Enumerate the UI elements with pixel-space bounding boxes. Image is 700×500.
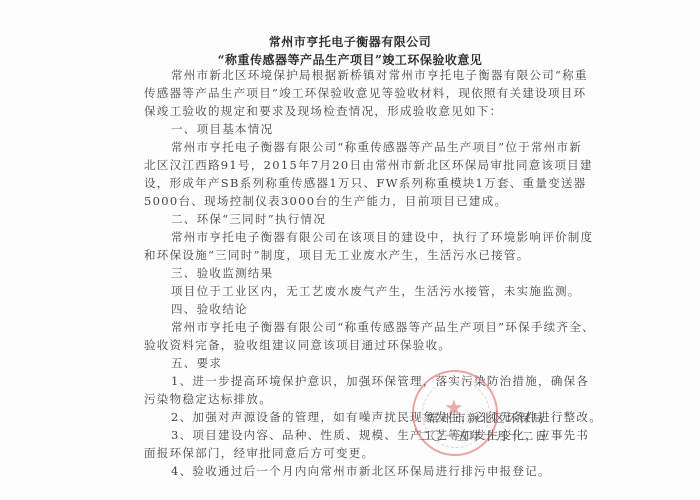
section-heading: 一、项目基本情况	[171, 120, 520, 138]
body-line: 项目位于工业区内，无工艺废水废气产生，生活污水接管，未实施监测。	[171, 282, 520, 300]
body-line: 验收资料完备，验收组建议同意该项目通过环保验收。	[144, 336, 520, 354]
body-line: 常州市亨托电子衡器有限公司“称重传感器等产品生产项目”环保手续齐全、	[171, 318, 520, 336]
document-page: 常州市亨托电子衡器有限公司 “称重传感器等产品生产项目”竣工环保验收意见 常州市…	[0, 0, 700, 500]
body-line: 常州市亨托电子衡器有限公司在该项目的建设中，执行了环境影响评价制度	[171, 228, 520, 246]
body-line: 传感器等产品生产项目”竣工环保验收意见等验收材料，现依照有关建设项目环	[144, 84, 520, 102]
issue-date: 二〇一五年十月十二日	[418, 428, 548, 444]
requirement-item: 4、验收通过后一个月内向常州市新北区环保局进行排污申报登记。	[171, 462, 520, 480]
body-line: 和环保设施“三同时”制度，项目无工业废水产生，生活污水已接管。	[144, 246, 520, 264]
body-line: 常州市新北区环境保护局根据新桥镇对常州市亨托电子衡器有限公司“称重	[171, 66, 520, 84]
section-heading: 五、要求	[171, 354, 520, 372]
document-title: 常州市亨托电子衡器有限公司	[0, 33, 700, 50]
body-line: 北区汉江西路91号，2015年7月20日由常州市新北区环保局审批同意该项目建	[144, 156, 520, 174]
body-line: 常州市亨托电子衡器有限公司“称重传感器等产品生产项目”位于常州市新	[171, 138, 520, 156]
issuer-name: 常州市新北区环保局	[428, 410, 545, 426]
section-heading: 二、环保“三同时”执行情况	[171, 210, 520, 228]
section-heading: 四、验收结论	[171, 300, 520, 318]
section-heading: 三、验收监测结果	[171, 264, 520, 282]
body-line: 5000台、现场控制仪表3000台的生产能力，目前项目已建成。	[144, 192, 520, 210]
body-line: 保竣工验收的规定和要求及现场检查情况，形成验收意见如下：	[144, 102, 520, 120]
body-line: 设，形成年产SB系列称重传感器1万只、FW系列称重模块1万套、重量变送器	[144, 174, 520, 192]
